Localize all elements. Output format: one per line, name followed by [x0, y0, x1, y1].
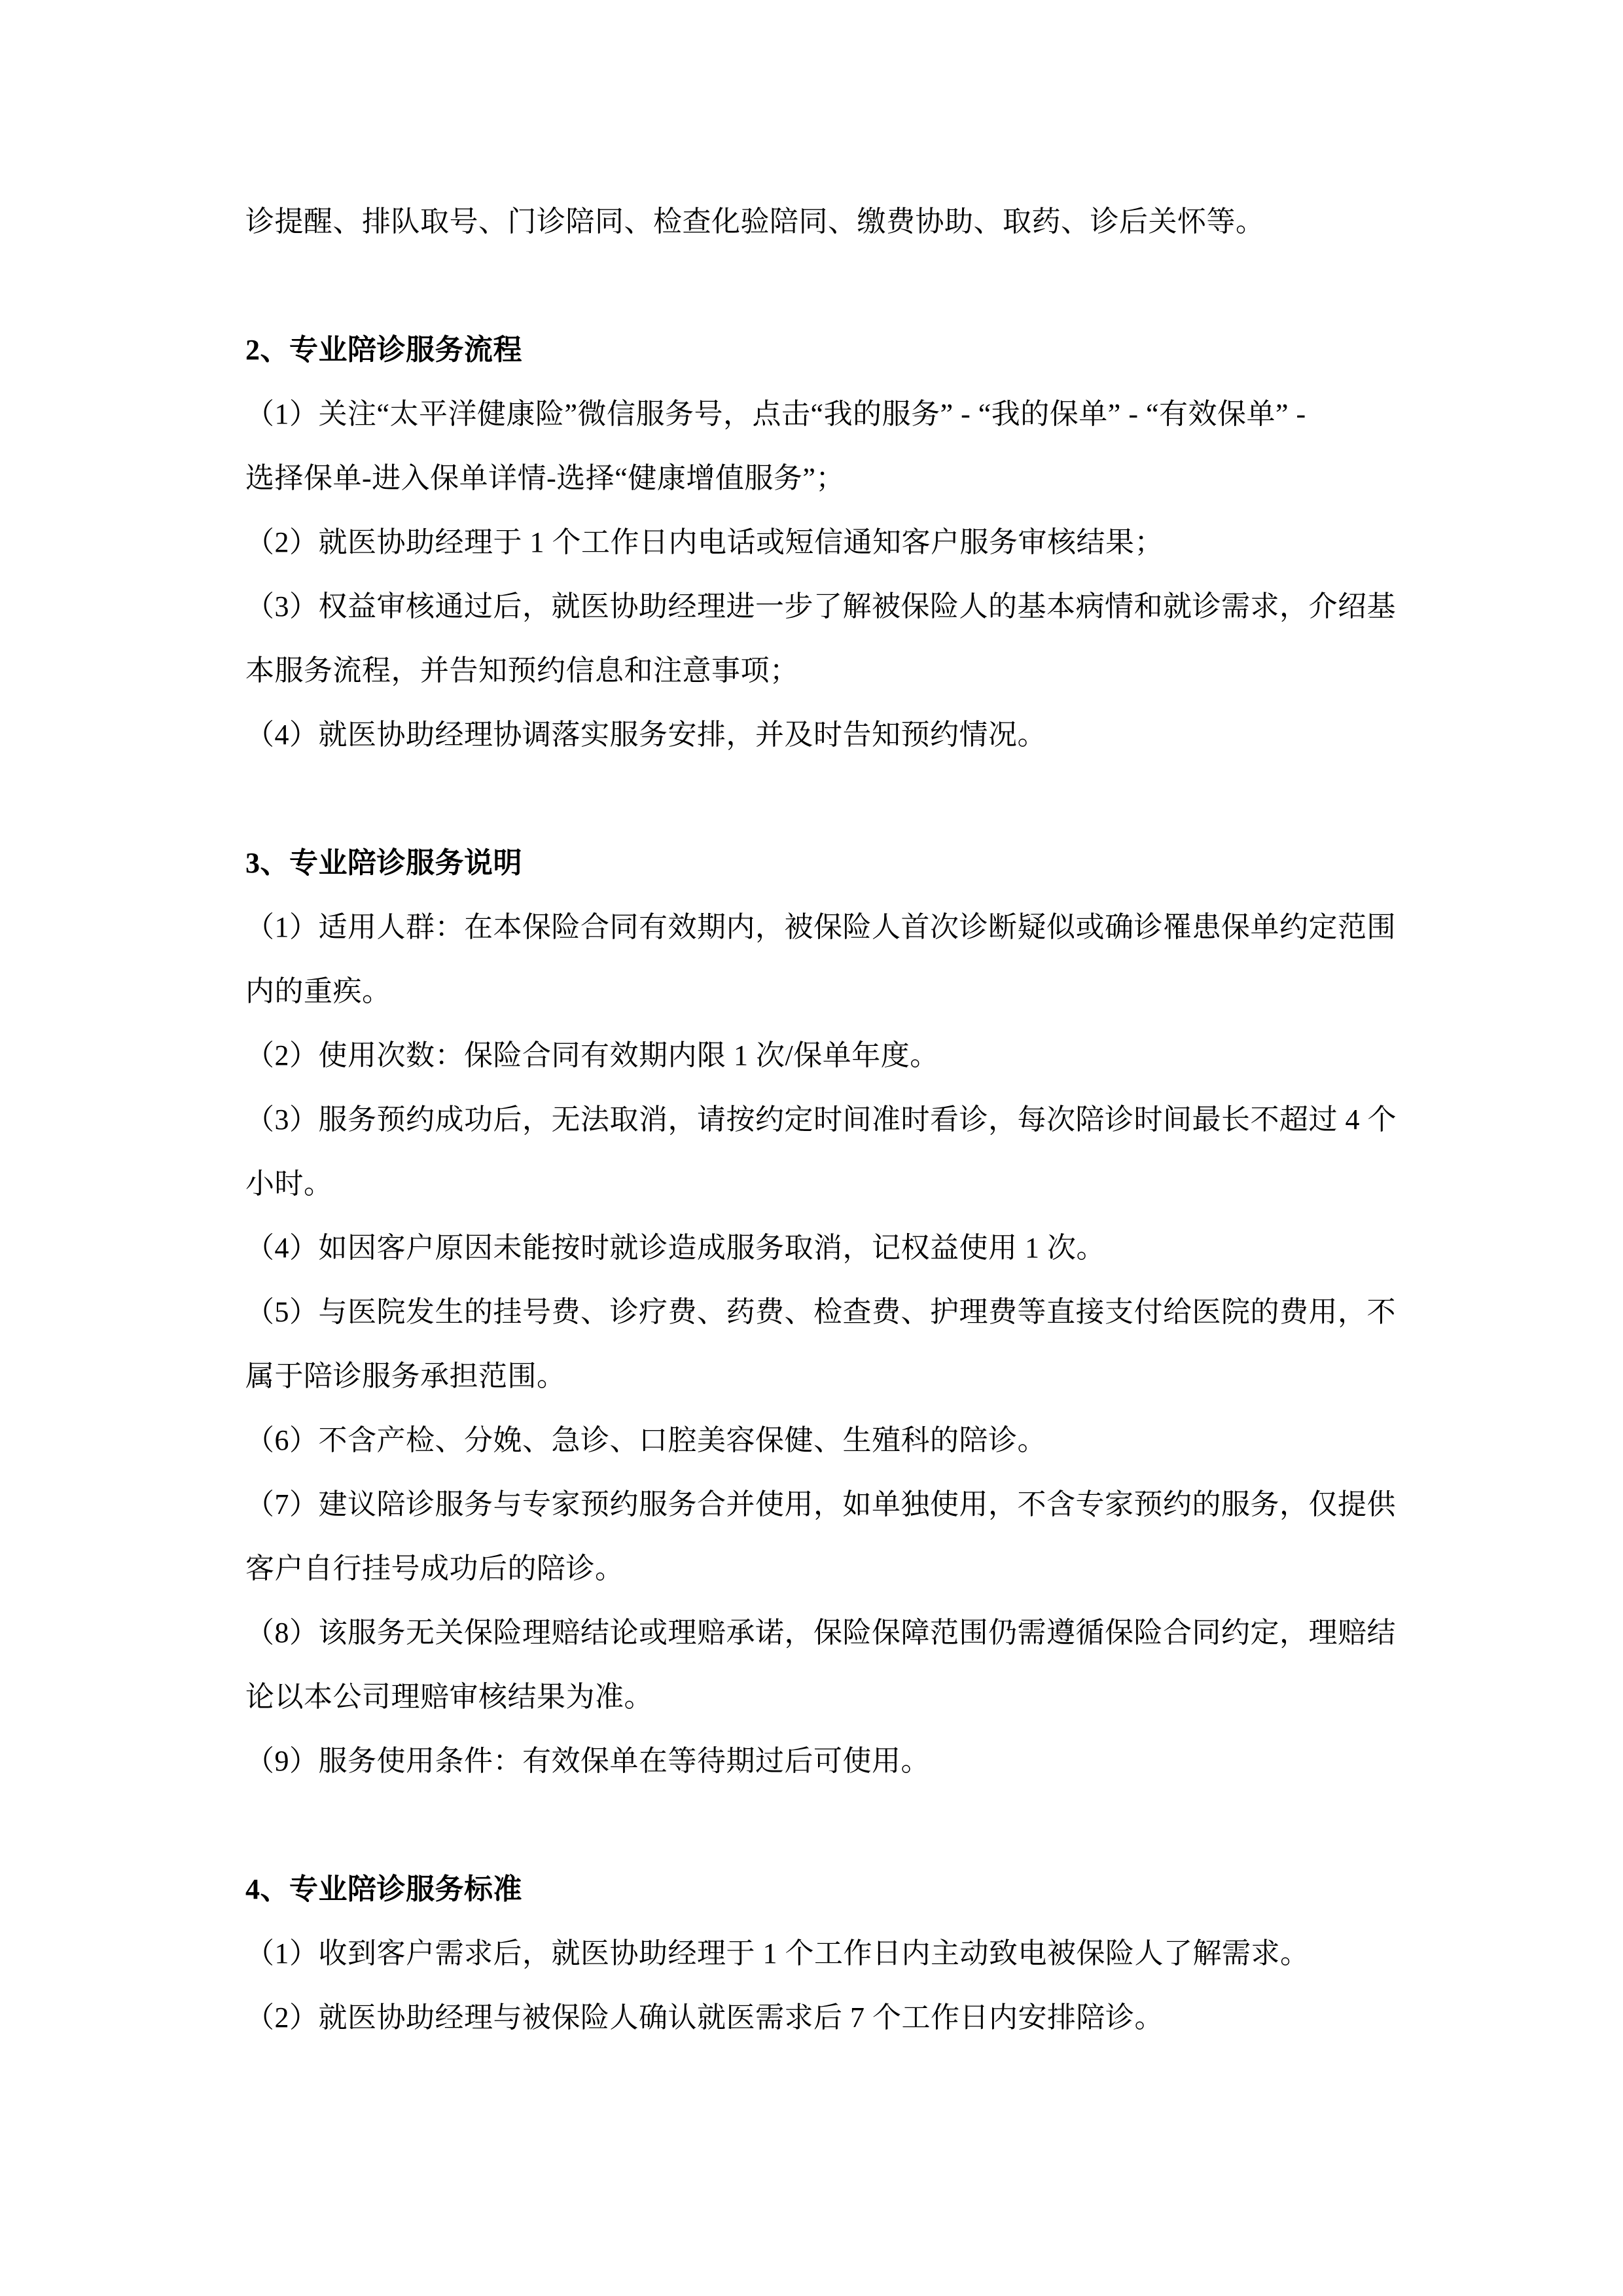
- text-line: （6）不含产检、分娩、急诊、口腔美容保健、生殖科的陪诊。: [245, 1408, 1387, 1473]
- text-line: 诊提醒、排队取号、门诊陪同、检查化验陪同、缴费协助、取药、诊后关怀等。: [245, 190, 1387, 254]
- text-line: （8）该服务无关保险理赔结论或理赔承诺，保险保障范围仍需遵循保险合同约定，理赔结: [245, 1601, 1387, 1665]
- text-line: （3）权益审核通过后，就医协助经理进一步了解被保险人的基本病情和就诊需求，介绍基: [245, 575, 1387, 639]
- text-line: （2）就医协助经理于 1 个工作日内电话或短信通知客户服务审核结果；: [245, 511, 1387, 575]
- document-page: 诊提醒、排队取号、门诊陪同、检查化验陪同、缴费协助、取药、诊后关怀等。2、专业陪…: [0, 0, 1623, 2296]
- text-line: （5）与医院发生的挂号费、诊疗费、药费、检查费、护理费等直接支付给医院的费用，不: [245, 1280, 1387, 1344]
- text-line: 属于陪诊服务承担范围。: [245, 1344, 1387, 1408]
- text-line: 小时。: [245, 1152, 1387, 1216]
- document-content: 诊提醒、排队取号、门诊陪同、检查化验陪同、缴费协助、取药、诊后关怀等。2、专业陪…: [245, 190, 1387, 2050]
- text-line: （1）收到客户需求后，就医协助经理于 1 个工作日内主动致电被保险人了解需求。: [245, 1922, 1387, 1986]
- text-line: （1）关注“太平洋健康险”微信服务号，点击“我的服务” - “我的保单” - “…: [245, 382, 1387, 446]
- text-line: （4）就医协助经理协调落实服务安排，并及时告知预约情况。: [245, 703, 1387, 767]
- text-line: 选择保单-进入保单详情-选择“健康增值服务”；: [245, 446, 1387, 511]
- text-line: （2）使用次数：保险合同有效期内限 1 次/保单年度。: [245, 1024, 1387, 1088]
- section-heading: 4、专业陪诊服务标准: [245, 1857, 1387, 1922]
- text-line: 本服务流程，并告知预约信息和注意事项；: [245, 639, 1387, 703]
- text-line: （7）建议陪诊服务与专家预约服务合并使用，如单独使用，不含专家预约的服务，仅提供: [245, 1473, 1387, 1537]
- text-line: （9）服务使用条件：有效保单在等待期过后可使用。: [245, 1729, 1387, 1793]
- text-line: （3）服务预约成功后，无法取消，请按约定时间准时看诊，每次陪诊时间最长不超过 4…: [245, 1088, 1387, 1152]
- text-line: 客户自行挂号成功后的陪诊。: [245, 1537, 1387, 1601]
- section-heading: 2、专业陪诊服务流程: [245, 318, 1387, 382]
- text-line: 内的重疾。: [245, 960, 1387, 1024]
- section-heading: 3、专业陪诊服务说明: [245, 831, 1387, 895]
- text-line: （1）适用人群：在本保险合同有效期内，被保险人首次诊断疑似或确诊罹患保单约定范围: [245, 895, 1387, 960]
- text-line: （4）如因客户原因未能按时就诊造成服务取消，记权益使用 1 次。: [245, 1216, 1387, 1280]
- text-line: 论以本公司理赔审核结果为准。: [245, 1665, 1387, 1729]
- text-line: （2）就医协助经理与被保险人确认就医需求后 7 个工作日内安排陪诊。: [245, 1986, 1387, 2050]
